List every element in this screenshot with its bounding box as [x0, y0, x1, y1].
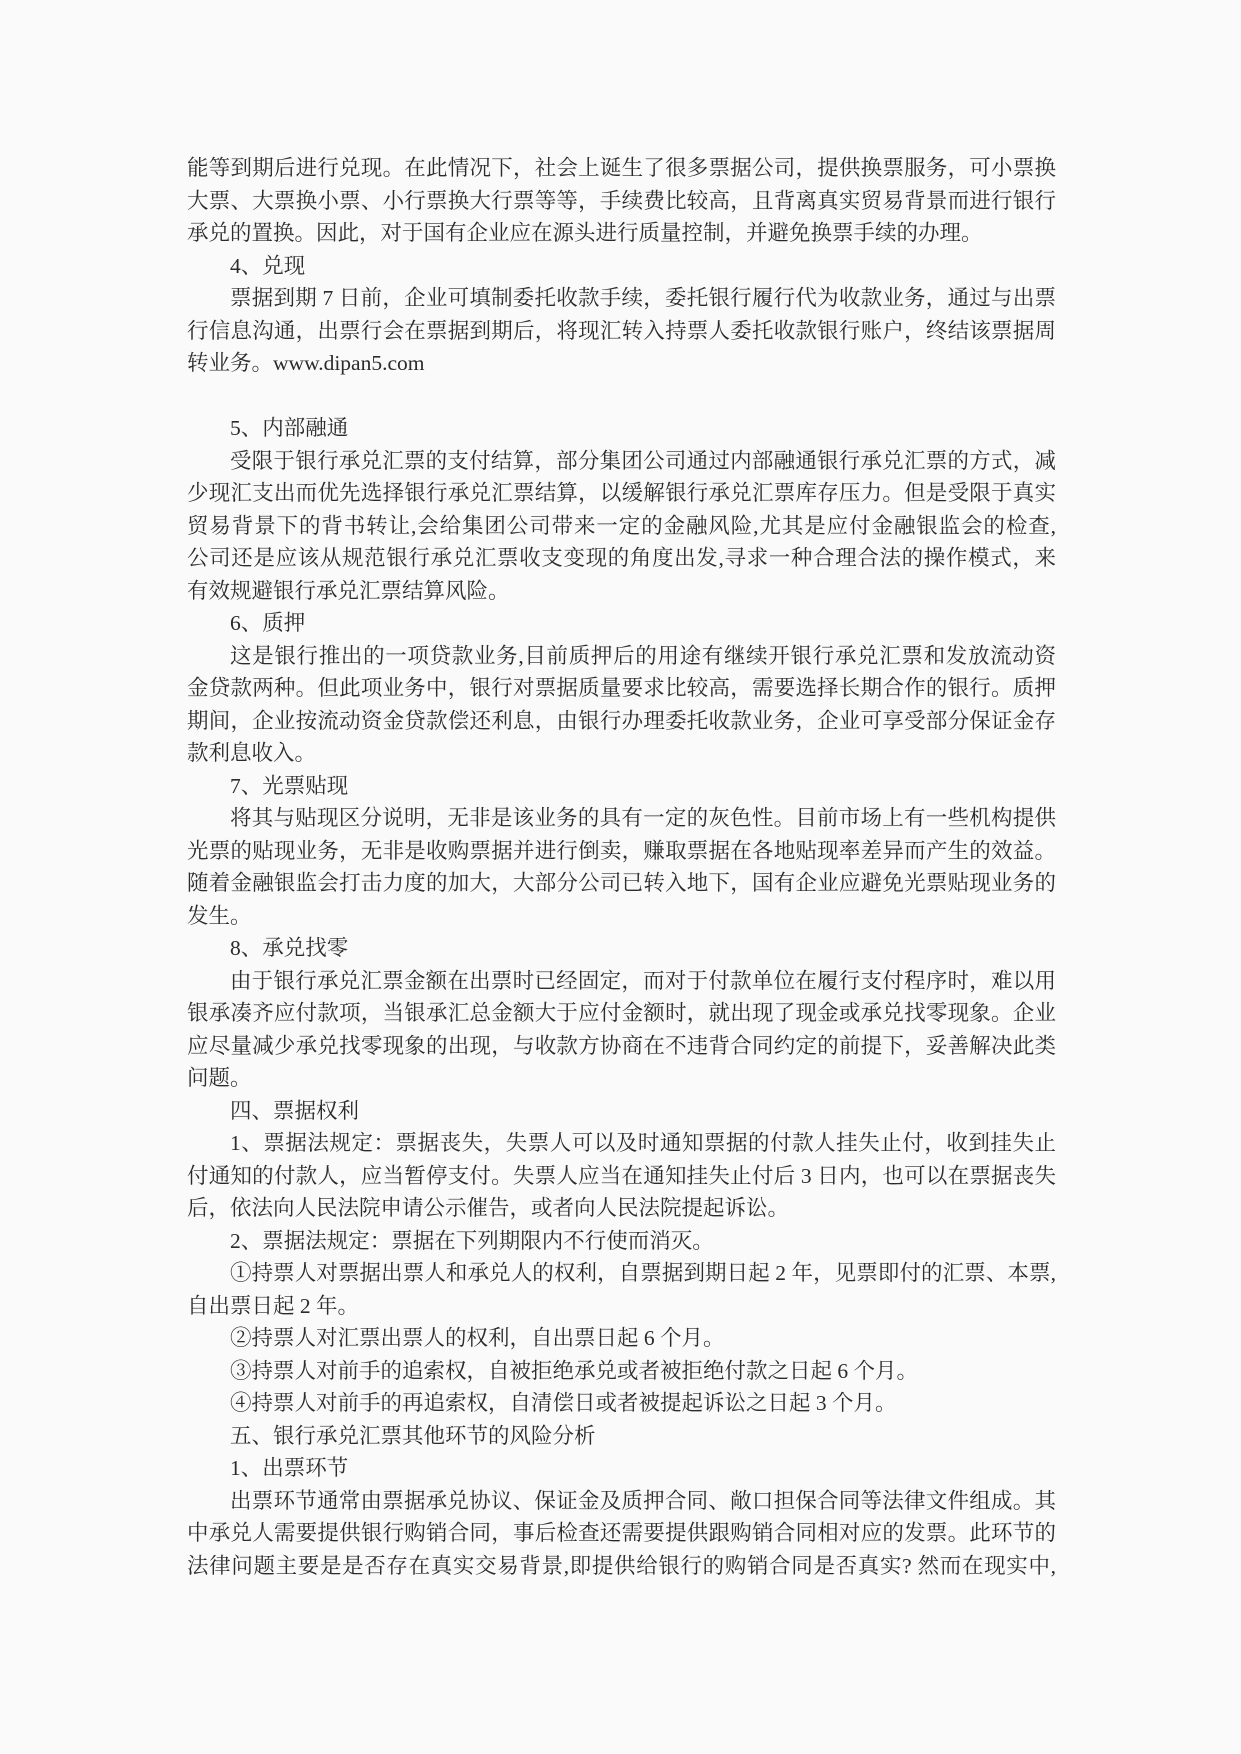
- text-line: 由于银行承兑汇票金额在出票时已经固定，而对于付款单位在履行支付程序时，难以用: [187, 965, 1056, 998]
- text-line: 自出票日起 2 年。: [187, 1290, 1056, 1323]
- site-url-text: www.dipan5.com: [273, 351, 424, 375]
- text-line: 受限于银行承兑汇票的支付结算，部分集团公司通过内部融通银行承兑汇票的方式，减: [187, 445, 1056, 478]
- text-line: 后，依法向人民法院申请公示催告，或者向人民法院提起诉讼。: [187, 1192, 1056, 1225]
- text-line: 承兑的置换。因此，对于国有企业应在源头进行质量控制，并避免换票手续的办理。: [187, 217, 1056, 250]
- text-line: 这是银行推出的一项贷款业务,目前质押后的用途有继续开银行承兑汇票和发放流动资: [187, 640, 1056, 673]
- text-line: 1、票据法规定：票据丧失，失票人可以及时通知票据的付款人挂失止付，收到挂失止: [187, 1127, 1056, 1160]
- text-line: 4、兑现: [187, 250, 1056, 283]
- blank-line: [187, 380, 1056, 413]
- text-line: 付通知的付款人，应当暂停支付。失票人应当在通知挂失止付后 3 日内，也可以在票据…: [187, 1160, 1056, 1193]
- text-line: 中承兑人需要提供银行购销合同，事后检查还需要提供跟购销合同相对应的发票。此环节的: [187, 1517, 1056, 1550]
- text-line: 发生。: [187, 900, 1056, 933]
- text-line: 问题。: [187, 1062, 1056, 1095]
- document-page: 能等到期后进行兑现。在此情况下，社会上诞生了很多票据公司，提供换票服务，可小票换…: [187, 152, 1056, 1582]
- text-line: 票据到期 7 日前，企业可填制委托收款手续，委托银行履行代为收款业务，通过与出票: [187, 282, 1056, 315]
- text-line: 公司还是应该从规范银行承兑汇票收支变现的角度出发,寻求一种合理合法的操作模式，来: [187, 542, 1056, 575]
- text-line: ②持票人对汇票出票人的权利，自出票日起 6 个月。: [187, 1322, 1056, 1355]
- text-line: 法律问题主要是是否存在真实交易背景,即提供给银行的购销合同是否真实? 然而在现实…: [187, 1550, 1056, 1583]
- text-line: 8、承兑找零: [187, 932, 1056, 965]
- text-line: 应尽量减少承兑找零现象的出现，与收款方协商在不违背合同约定的前提下，妥善解决此类: [187, 1030, 1056, 1063]
- text-line: 出票环节通常由票据承兑协议、保证金及质押合同、敞口担保合同等法律文件组成。其: [187, 1485, 1056, 1518]
- text-line: 随着金融银监会打击力度的加大，大部分公司已转入地下，国有企业应避免光票贴现业务的: [187, 867, 1056, 900]
- text-line: 行信息沟通，出票行会在票据到期后，将现汇转入持票人委托收款银行账户，终结该票据周: [187, 315, 1056, 348]
- text-line: 贸易背景下的背书转让,会给集团公司带来一定的金融风险,尤其是应付金融银监会的检查…: [187, 510, 1056, 543]
- text-line: 大票、大票换小票、小行票换大行票等等，手续费比较高，且背离真实贸易背景而进行银行: [187, 185, 1056, 218]
- text-line: 款利息收入。: [187, 737, 1056, 770]
- text-line: ③持票人对前手的追索权，自被拒绝承兑或者被拒绝付款之日起 6 个月。: [187, 1355, 1056, 1388]
- text-line: 光票的贴现业务，无非是收购票据并进行倒卖，赚取票据在各地贴现率差异而产生的效益。: [187, 835, 1056, 868]
- text-line: 转业务。www.dipan5.com: [187, 347, 1056, 380]
- text-line: 银承凑齐应付款项，当银承汇总金额大于应付金额时，就出现了现金或承兑找零现象。企业: [187, 997, 1056, 1030]
- text-line: 期间，企业按流动资金贷款偿还利息，由银行办理委托收款业务，企业可享受部分保证金存: [187, 705, 1056, 738]
- text-line: 7、光票贴现: [187, 770, 1056, 803]
- text-line: 金贷款两种。但此项业务中，银行对票据质量要求比较高，需要选择长期合作的银行。质押: [187, 672, 1056, 705]
- text-line: 将其与贴现区分说明，无非是该业务的具有一定的灰色性。目前市场上有一些机构提供: [187, 802, 1056, 835]
- text-line: 能等到期后进行兑现。在此情况下，社会上诞生了很多票据公司，提供换票服务，可小票换: [187, 152, 1056, 185]
- text-line: 6、质押: [187, 607, 1056, 640]
- text-line: 2、票据法规定：票据在下列期限内不行使而消灭。: [187, 1225, 1056, 1258]
- text-line: ④持票人对前手的再追索权，自清偿日或者被提起诉讼之日起 3 个月。: [187, 1387, 1056, 1420]
- text-line: 有效规避银行承兑汇票结算风险。: [187, 575, 1056, 608]
- text-line: 5、内部融通: [187, 412, 1056, 445]
- text-line: 四、票据权利: [187, 1095, 1056, 1128]
- text-line: 五、银行承兑汇票其他环节的风险分析: [187, 1420, 1056, 1453]
- text-line: ①持票人对票据出票人和承兑人的权利，自票据到期日起 2 年，见票即付的汇票、本票…: [187, 1257, 1056, 1290]
- text-line: 1、出票环节: [187, 1452, 1056, 1485]
- text-line: 少现汇支出而优先选择银行承兑汇票结算，以缓解银行承兑汇票库存压力。但是受限于真实: [187, 477, 1056, 510]
